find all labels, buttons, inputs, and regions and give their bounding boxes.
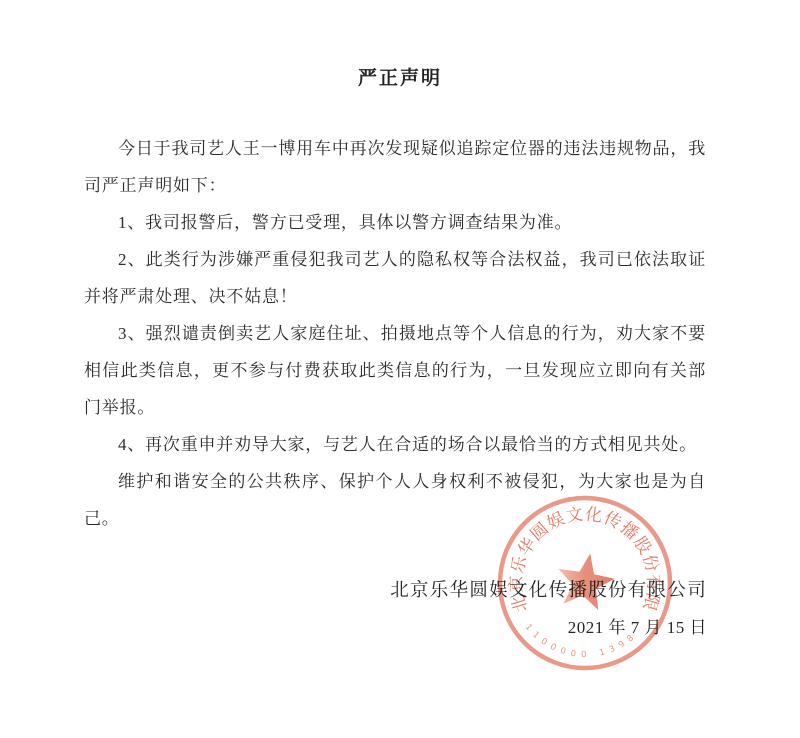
signature-date: 2021 年 7 月 15 日 bbox=[0, 610, 707, 645]
paragraph-item-4: 4、再次重申并劝导大家，与艺人在合适的场合以最恰当的方式相见共处。 bbox=[84, 426, 706, 463]
statement-body: 今日于我司艺人王一博用车中再次发现疑似追踪定位器的违法违规物品，我司严正声明如下… bbox=[84, 130, 706, 537]
paragraph-item-2: 2、此类行为涉嫌严重侵犯我司艺人的隐私权等合法权益，我司已依法取证并将严肃处理、… bbox=[84, 241, 706, 315]
paragraph-intro: 今日于我司艺人王一博用车中再次发现疑似追踪定位器的违法违规物品，我司严正声明如下… bbox=[84, 130, 706, 204]
statement-document: 严正声明 今日于我司艺人王一博用车中再次发现疑似追踪定位器的违法违规物品，我司严… bbox=[0, 0, 800, 738]
signature-block: 北京乐华圆娱文化传播股份有限公司 2021 年 7 月 15 日 bbox=[0, 573, 800, 645]
paragraph-closing: 维护和谐安全的公共秩序、保护个人人身权利不被侵犯，为大家也是为自己。 bbox=[84, 463, 706, 537]
page-title: 严正声明 bbox=[0, 66, 800, 92]
signature-company-name: 北京乐华圆娱文化传播股份有限公司 bbox=[0, 573, 707, 610]
paragraph-item-1: 1、我司报警后，警方已受理，具体以警方调查结果为准。 bbox=[84, 204, 706, 241]
paragraph-item-3: 3、强烈谴责倒卖艺人家庭住址、拍摄地点等个人信息的行为，劝大家不要相信此类信息，… bbox=[84, 315, 706, 426]
